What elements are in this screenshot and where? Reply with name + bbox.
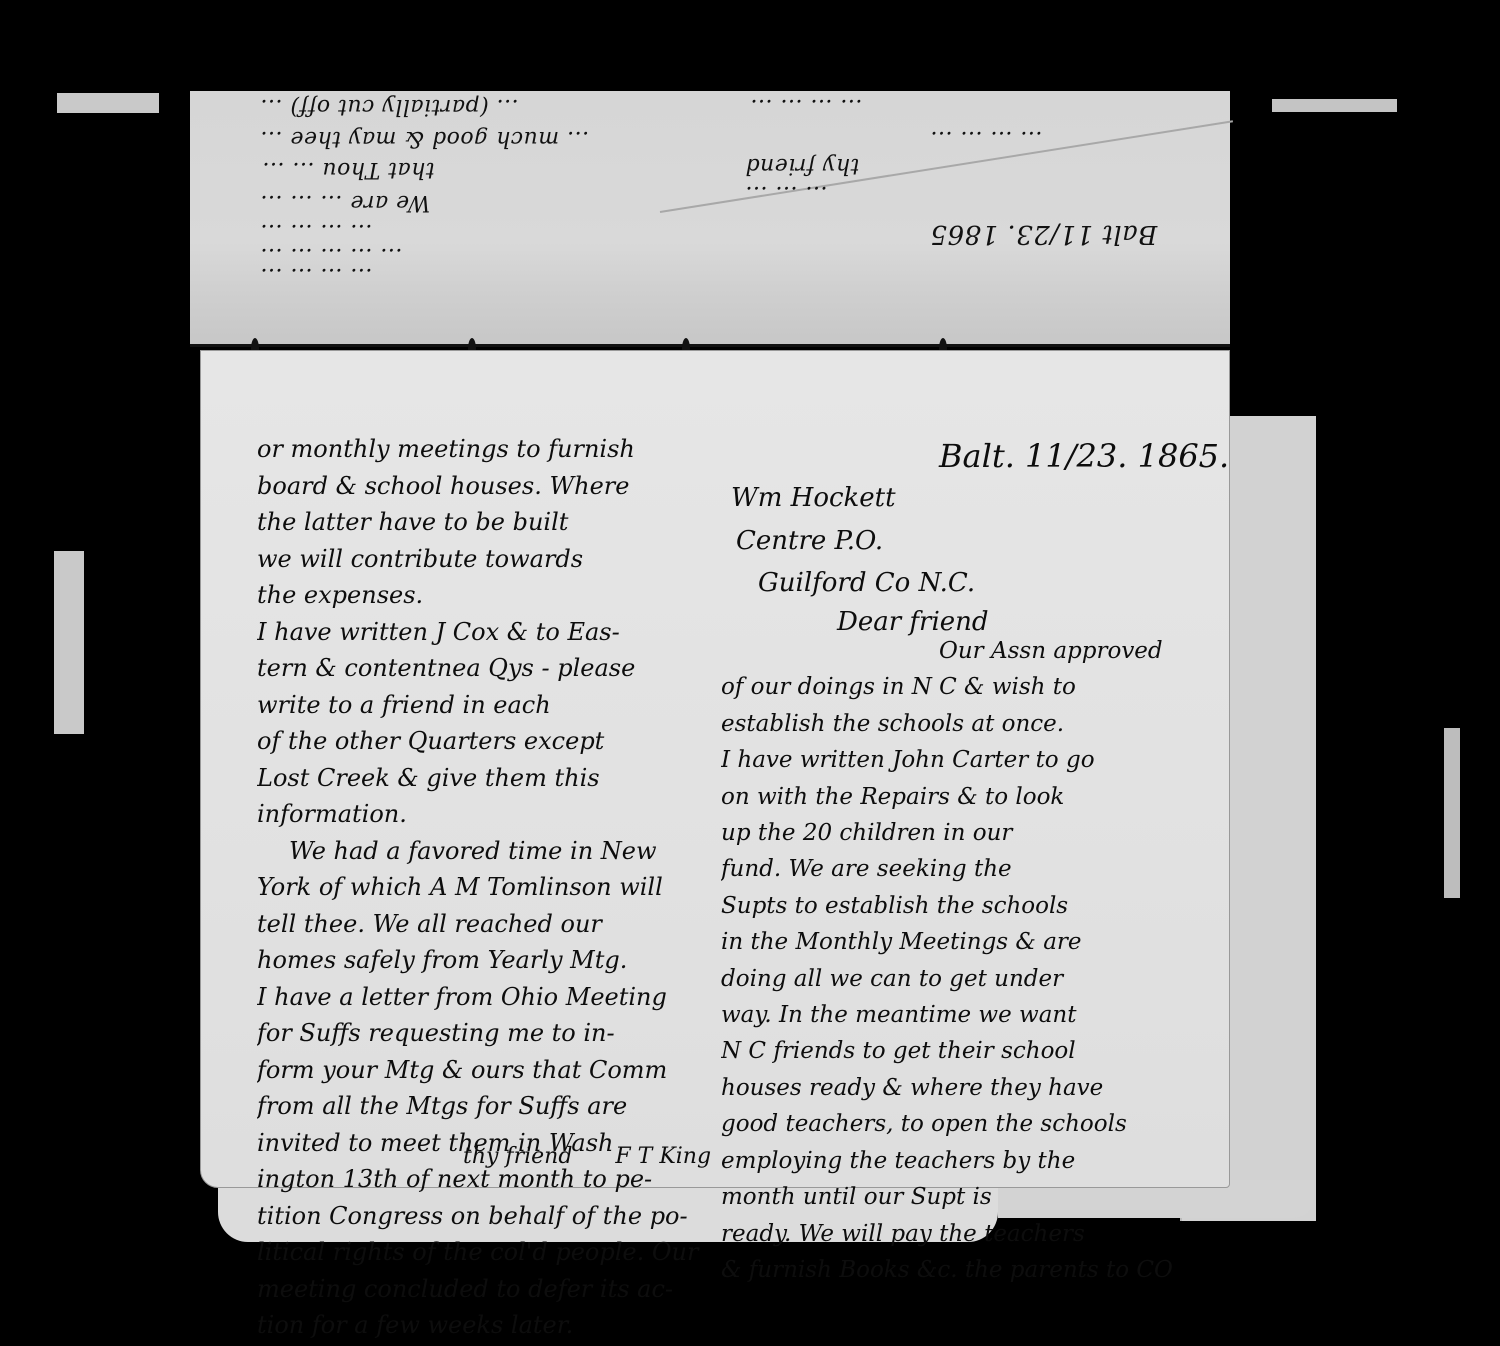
fold-line: We are ... ... ...: [260, 190, 430, 215]
fold-signature-upside: ... ... ...: [745, 181, 827, 206]
letter-date: Balt. 11/23. 1865.: [939, 437, 1229, 475]
text-line: establish the schools at once.: [721, 706, 1201, 742]
text-line: up the 20 children in our: [721, 815, 1201, 851]
fold-date-upside: Balt 11/23. 1865: [930, 219, 1157, 249]
text-line: tern & contentnea Qys - please: [257, 650, 727, 687]
fold-line: that Thou ... ...: [262, 157, 435, 182]
text-line: of our doings in N C & wish to: [721, 669, 1201, 705]
text-line: for Suffs requesting me to in-: [257, 1015, 727, 1052]
text-line: tion for a few weeks later.: [257, 1307, 727, 1344]
mounting-strip-left: [54, 551, 84, 734]
text-line: doing all we can to get under: [721, 961, 1201, 997]
text-line: Supts to establish the schools: [721, 888, 1201, 924]
text-line: tell thee. We all reached our: [257, 906, 727, 943]
closing-text: thy friend: [463, 1144, 572, 1169]
text-line: litical rights of the col'd people. Our: [257, 1234, 727, 1271]
mounting-strip-right: [1444, 728, 1460, 898]
text-line: form your Mtg & ours that Comm: [257, 1052, 727, 1089]
text-line: We had a favored time in New: [257, 833, 727, 870]
text-line: write to a friend in each: [257, 687, 727, 724]
text-line: or monthly meetings to furnish: [257, 431, 727, 468]
mounting-strip-top-right: [1272, 99, 1397, 112]
text-line: N C friends to get their school: [721, 1033, 1201, 1069]
text-line: we will contribute towards: [257, 541, 727, 578]
text-line: from all the Mtgs for Suffs are: [257, 1088, 727, 1125]
text-line: ready. We will pay the teachers: [721, 1216, 1201, 1252]
recipient-post-office: Centre P.O.: [736, 526, 883, 556]
text-line: Our Assn approved: [721, 633, 1201, 669]
text-line: information.: [257, 796, 727, 833]
text-line: homes safely from Yearly Mtg.: [257, 942, 727, 979]
fold-line: ... (partially cut off) ...: [260, 94, 519, 119]
text-line: I have a letter from Ohio Meeting: [257, 979, 727, 1016]
text-line: meeting concluded to defer its ac-: [257, 1271, 727, 1308]
text-line: employing the teachers by the: [721, 1143, 1201, 1179]
signature-block: thy friend F T King: [463, 1144, 747, 1169]
text-line: good teachers, to open the schools: [721, 1106, 1201, 1142]
text-line: the latter have to be built: [257, 504, 727, 541]
text-line: Lost Creek & give them this: [257, 760, 727, 797]
text-line: in the Monthly Meetings & are: [721, 924, 1201, 960]
fold-line: ... much good & may thee ...: [260, 126, 589, 151]
fold-line: ... ... ... ...: [750, 94, 862, 119]
text-line: fund. We are seeking the: [721, 851, 1201, 887]
mounting-strip-top-left: [57, 93, 159, 113]
top-fold-panel: ... (partially cut off) ... ... much goo…: [190, 91, 1230, 347]
fold-line: ... ... ... ...: [930, 126, 1042, 151]
fold-line: ... ... ... ...: [260, 263, 372, 288]
text-line: board & school houses. Where: [257, 468, 727, 505]
letter-left-column: or monthly meetings to furnish board & s…: [257, 431, 727, 1344]
text-line: tition Congress on behalf of the po-: [257, 1198, 727, 1235]
text-line: on with the Repairs & to look: [721, 779, 1201, 815]
text-line: the expenses.: [257, 577, 727, 614]
letter-page: Balt. 11/23. 1865. Wm Hockett Centre P.O…: [200, 350, 1230, 1188]
text-line: houses ready & where they have: [721, 1070, 1201, 1106]
recipient-name: Wm Hockett: [731, 483, 896, 513]
recipient-county: Guilford Co N.C.: [758, 568, 975, 598]
text-line: I have written J Cox & to Eas-: [257, 614, 727, 651]
text-line: York of which A M Tomlinson will: [257, 869, 727, 906]
fold-closing-upside: thy friend: [745, 153, 859, 178]
text-line: way. In the meantime we want: [721, 997, 1201, 1033]
text-line: & furnish Books &c. the parents to CO: [721, 1252, 1201, 1288]
signature: F T King: [615, 1144, 711, 1169]
letter-right-column: Our Assn approved of our doings in N C &…: [721, 633, 1201, 1288]
text-line: I have written John Carter to go: [721, 742, 1201, 778]
text-line: month until our Supt is: [721, 1179, 1201, 1215]
text-line: of the other Quarters except: [257, 723, 727, 760]
fold-line: ... ... ... ...: [260, 219, 372, 244]
